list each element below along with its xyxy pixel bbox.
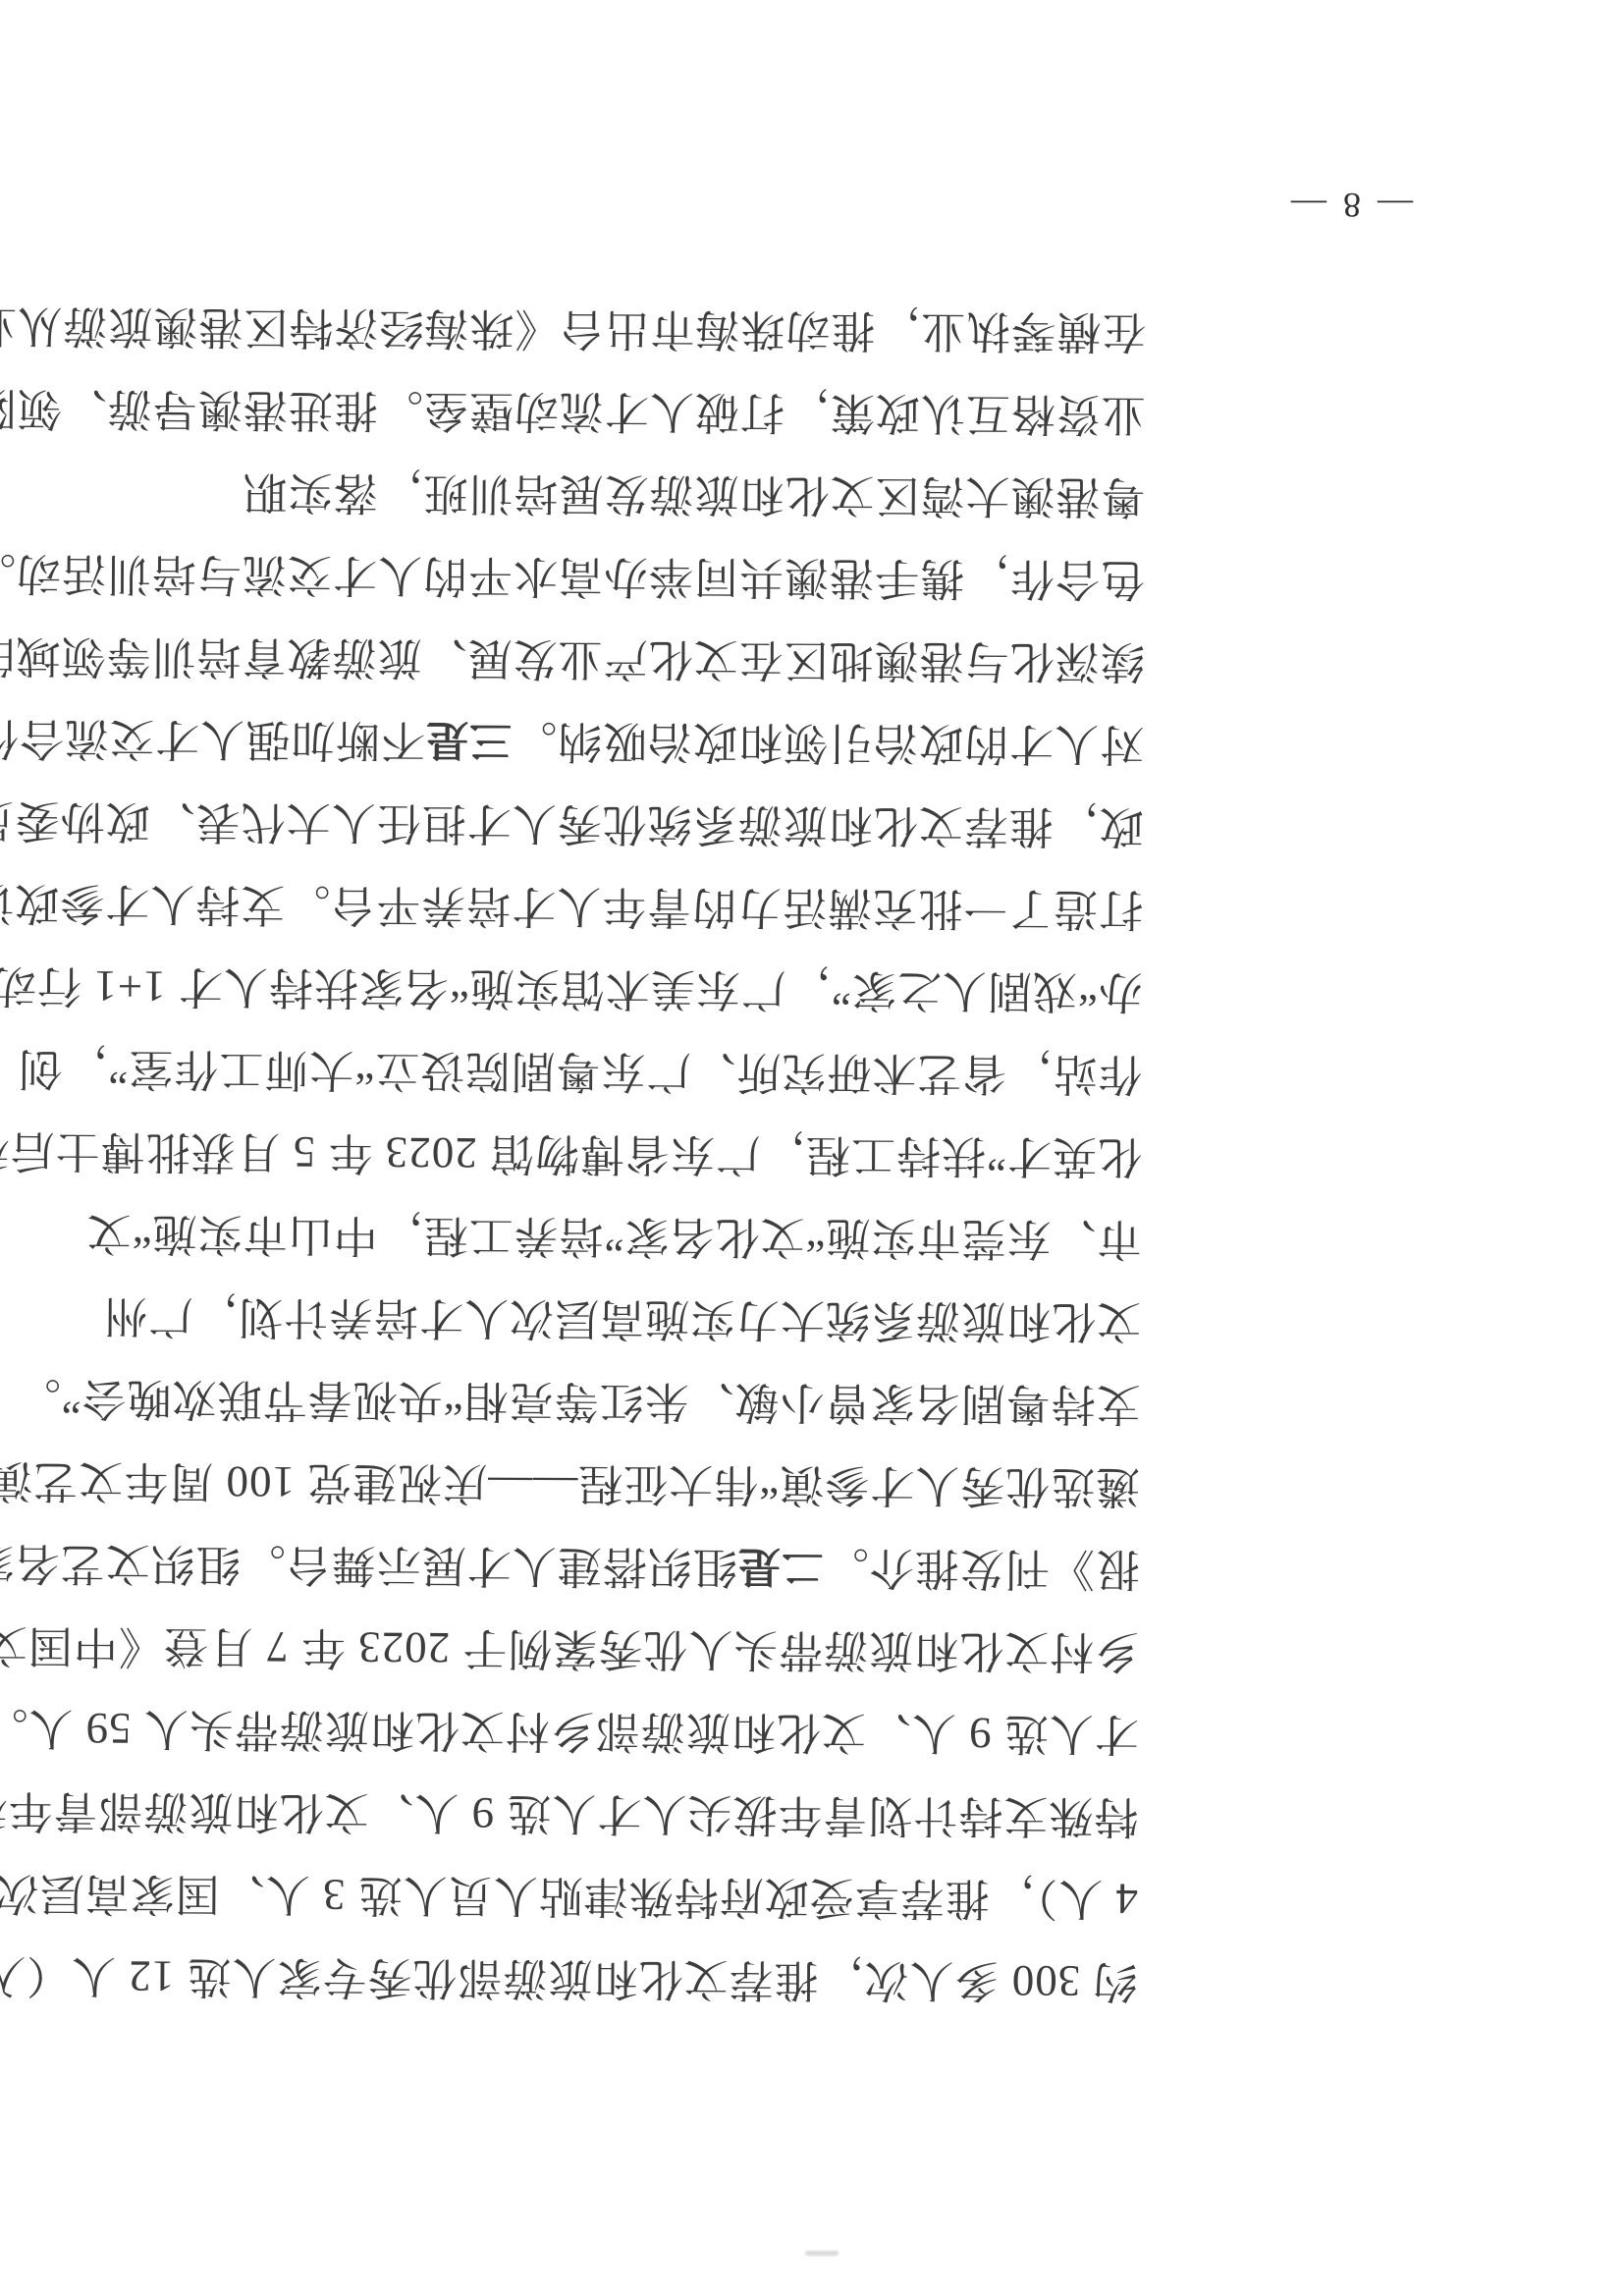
page-number: — 8 —	[1262, 185, 1438, 226]
document-line: 报》刊发推介。二是组织搭建人才展示舞台。组织文艺名家巡演，	[131, 1522, 1140, 1610]
document-line-segment: 文化和旅游系统大力实施高层次人才培养计划，广州	[102, 1291, 1141, 1346]
document-line-segment: 粤港澳大湾区文化和旅游发展培训班，落实职	[242, 467, 1145, 521]
document-line-segment: 作站，省艺术研究所、广东粤剧院设立“大师工作室”，创	[17, 1044, 1142, 1099]
scan-artifact-mark	[805, 2251, 839, 2256]
document-line-segment: 色合作，携手港澳共同举办高水平的人才交流与培训活动。依托	[0, 548, 1145, 604]
document-line-segment: 在横琴执业，推动珠海市出台《珠海经济特区港澳旅游从业人	[0, 301, 1147, 356]
document-line: 对人才的政治引领和政治吸纳。三是不断加强人才交流合作。持	[135, 697, 1144, 785]
document-line-segment: 4 人），推荐享受政府特殊津贴人员人选 3 人、国家高层次人才	[0, 1868, 1138, 1924]
scanned-page: — 8 — 约 300 多人次，推荐文化和旅游部优秀专家人选 12 人（入选4 …	[0, 0, 1623, 2296]
document-line: 打造了一批充满活力的青年人才培养平台。支持人才参政议	[134, 862, 1143, 950]
document-line-segment: 打造了一批充满活力的青年人才培养平台。支持人才参政议	[0, 878, 1143, 933]
document-line-segment: 乡村文化和旅游带头人优秀案例于 2023 年 7 月登《中国文化	[0, 1620, 1139, 1675]
document-line-segment: 化英才”扶持工程，广东省博物馆 2023 年 5 月获批博士后科研工	[0, 1125, 1142, 1181]
document-line: 续深化与港澳地区在文化产业发展、旅游教育培训等领域的特	[135, 615, 1144, 702]
document-line-segment: 遴选优秀人才参演“伟大征程——庆祝建党 100 周年文艺演出”，	[0, 1455, 1140, 1511]
document-line-segment: 组织搭建人才展示舞台。组织文艺名家巡演，	[0, 1538, 737, 1592]
document-line: 支持粤剧名家曾小敏、朱红等亮相“央视春节联欢晚会”。	[131, 1357, 1140, 1445]
document-line: 化英才”扶持工程，广东省博物馆 2023 年 5 月获批博士后科研工	[133, 1110, 1142, 1197]
document-line: 约 300 多人次，推荐文化和旅游部优秀专家人选 12 人（入选	[128, 1935, 1137, 2022]
document-line: 办“戏剧人之家”，广东美术馆实施“名家扶持人才 1+1 行动”，	[134, 945, 1143, 1032]
document-line-segment: 才人选 9 人、文化和旅游部乡村文化和旅游带头人 59 人。其中，	[0, 1703, 1139, 1759]
document-line-segment: 特殊支持计划青年拔尖人才人选 9 人、文化和旅游部青年科研人	[0, 1785, 1139, 1841]
document-line-segment: 对人才的政治引领和政治吸纳。	[512, 716, 1144, 768]
document-line-segment: 报》刊发推介。	[824, 1543, 1140, 1594]
document-line: 业资格互认政策，打破人才流动壁垒。推进港澳导游、领队培训后	[136, 367, 1146, 455]
document-line-segment: 办“戏剧人之家”，广东美术馆实施“名家扶持人才 1+1 行动”，	[0, 960, 1143, 1015]
document-line: 作站，省艺术研究所、广东粤剧院设立“大师工作室”，创	[133, 1027, 1142, 1115]
document-line: 特殊支持计划青年拔尖人才人选 9 人、文化和旅游部青年科研人	[129, 1770, 1138, 1857]
document-line: 文化和旅游系统大力实施高层次人才培养计划，广州	[132, 1275, 1141, 1362]
document-line: 乡村文化和旅游带头人优秀案例于 2023 年 7 月登《中国文化	[130, 1605, 1139, 1692]
document-line: 色合作，携手港澳共同举办高水平的人才交流与培训活动。依托	[135, 532, 1145, 620]
document-line-segment: 支持粤剧名家曾小敏、朱红等亮相“央视春节联欢晚会”。	[16, 1374, 1141, 1429]
document-line: 市、东莞市实施“文化名家”培养工程，中山市实施“文	[132, 1192, 1141, 1280]
document-line: 粤港澳大湾区文化和旅游发展培训班，落实职	[135, 450, 1145, 537]
document-line-segment: 不断加强人才交流合作。持	[0, 713, 425, 765]
document-line-segment: 政，推荐文化和旅游系统优秀人才担任人大代表、政协委员，强化	[0, 795, 1144, 851]
document-line-segment: 续深化与港澳地区在文化产业发展、旅游教育培训等领域的特	[0, 630, 1145, 686]
document-line: 4 人），推荐享受政府特殊津贴人员人选 3 人、国家高层次人才	[129, 1852, 1138, 1940]
document-line: 才人选 9 人、文化和旅游部乡村文化和旅游带头人 59 人。其中，	[130, 1687, 1139, 1775]
document-line-bold-segment: 二是	[737, 1543, 824, 1590]
document-line-segment: 约 300 多人次，推荐文化和旅游部优秀专家人选 12 人（入选	[0, 1950, 1138, 2005]
document-line-segment: 市、东莞市实施“文化名家”培养工程，中山市实施“文	[86, 1209, 1142, 1264]
document-line-segment: 业资格互认政策，打破人才流动壁垒。推进港澳导游、领队培训后	[0, 383, 1146, 439]
text-block: 约 300 多人次，推荐文化和旅游部优秀专家人选 12 人（入选4 人），推荐享…	[128, 285, 1146, 2022]
document-line: 遴选优秀人才参演“伟大征程——庆祝建党 100 周年文艺演出”，	[131, 1440, 1140, 1527]
document-line: 在横琴执业，推动珠海市出台《珠海经济特区港澳旅游从业人	[136, 285, 1146, 372]
document-line: 政，推荐文化和旅游系统优秀人才担任人大代表、政协委员，强化	[135, 780, 1144, 867]
document-line-bold-segment: 三是	[425, 716, 512, 763]
